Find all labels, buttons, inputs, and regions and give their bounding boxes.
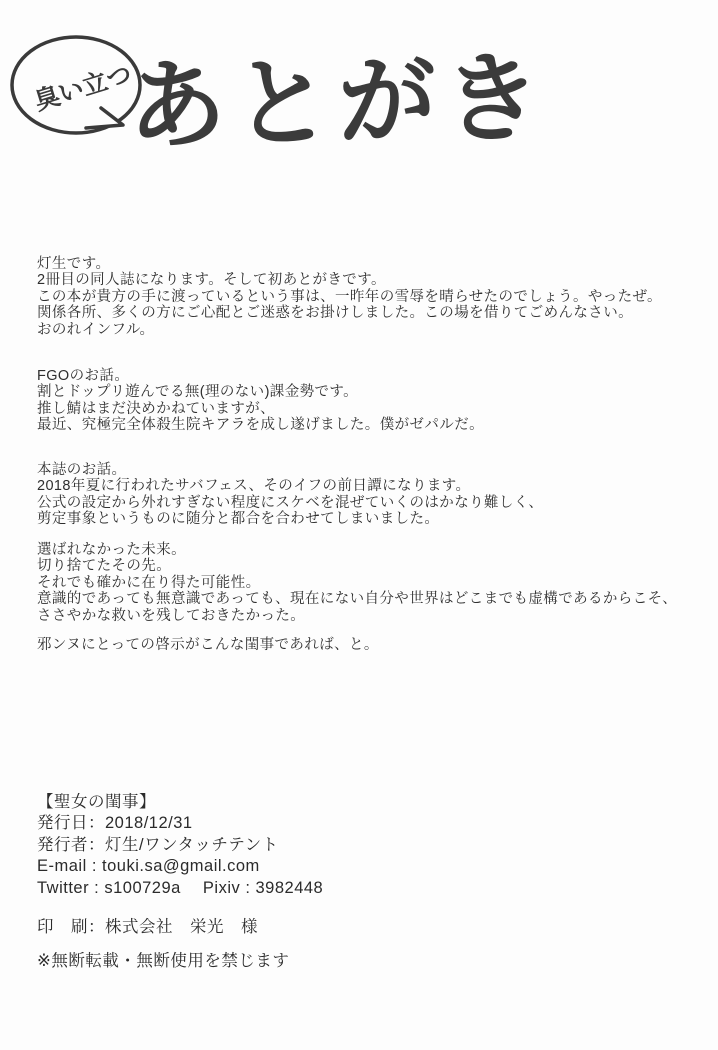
text-line: 邪ンヌにとっての啓示がこんな閨事であれば、と。 (37, 637, 379, 653)
text-line: 2018年夏に行われたサバフェス、そのイフの前日譚になります。 (37, 478, 543, 494)
paragraph-book: 本誌のお話。 2018年夏に行われたサバフェス、そのイフの前日譚になります。 公… (37, 462, 543, 528)
text-line: 公式の設定から外れすぎない程度にスケベを混ぜていくのはかなり難しく、 (37, 495, 543, 511)
colophon-printer: 印 刷：株式会社 栄光 様 (37, 913, 258, 937)
text-line: 推し鯖はまだ決めかねていますが、 (37, 401, 484, 417)
paragraph-greeting: 灯生です。 2冊目の同人誌になります。そして初あとがきです。 この本が貴方の手に… (37, 256, 662, 338)
colophon: 【聖女の閨事】 発行日：2018/12/31 発行者：灯生/ワンタッチテント E… (37, 792, 323, 899)
text-line: 意識的であっても無意識であっても、現在にない自分や世界はどこまでも虚構であるから… (37, 591, 677, 607)
colophon-publisher: 発行者：灯生/ワンタッチテント (37, 835, 323, 856)
text-line: 最近、究極完全体殺生院キアラを成し遂げました。僕がゼパルだ。 (37, 417, 484, 433)
paragraph-theme: 選ばれなかった未来。 切り捨てたその先。 それでも確かに在り得た可能性。 意識的… (37, 542, 677, 624)
text-line: 関係各所、多くの方にご心配とご迷惑をお掛けしました。この場を借りてごめんなさい。 (37, 305, 662, 321)
colophon-book-title: 【聖女の閨事】 (37, 792, 323, 813)
paragraph-closing: 邪ンヌにとっての啓示がこんな閨事であれば、と。 (37, 637, 379, 653)
colophon-email: E-mail : touki.sa@gmail.com (37, 856, 323, 877)
text-line: 灯生です。 (37, 256, 662, 272)
afterword-page: 臭い立つ あとがき 灯生です。 2冊目の同人誌になります。そして初あとがきです。… (0, 0, 718, 1050)
text-line: それでも確かに在り得た可能性。 (37, 575, 677, 591)
text-line: FGOのお話。 (37, 368, 484, 384)
text-line: おのれインフル。 (37, 322, 662, 338)
text-line: 2冊目の同人誌になります。そして初あとがきです。 (37, 272, 662, 288)
text-line: 剪定事象というものに随分と都合を合わせてしまいました。 (37, 511, 543, 527)
colophon-publish-date: 発行日：2018/12/31 (37, 813, 323, 834)
text-line: 本誌のお話。 (37, 462, 543, 478)
paragraph-fgo: FGOのお話。 割とドップリ遊んでる無(理のない)課金勢です。 推し鯖はまだ決め… (37, 368, 484, 434)
text-line: 切り捨てたその先。 (37, 558, 677, 574)
copyright-notice: ※無断転載・無断使用を禁じます (37, 947, 289, 971)
page-title: あとがき (127, 48, 549, 157)
text-line: 割とドップリ遊んでる無(理のない)課金勢です。 (37, 384, 484, 400)
colophon-social: Twitter : s100729a Pixiv : 3982448 (37, 878, 323, 899)
text-line: ささやかな救いを残しておきたかった。 (37, 608, 677, 624)
text-line: 選ばれなかった未来。 (37, 542, 677, 558)
text-line: この本が貴方の手に渡っているという事は、一昨年の雪辱を晴らせたのでしょう。やった… (37, 289, 662, 305)
